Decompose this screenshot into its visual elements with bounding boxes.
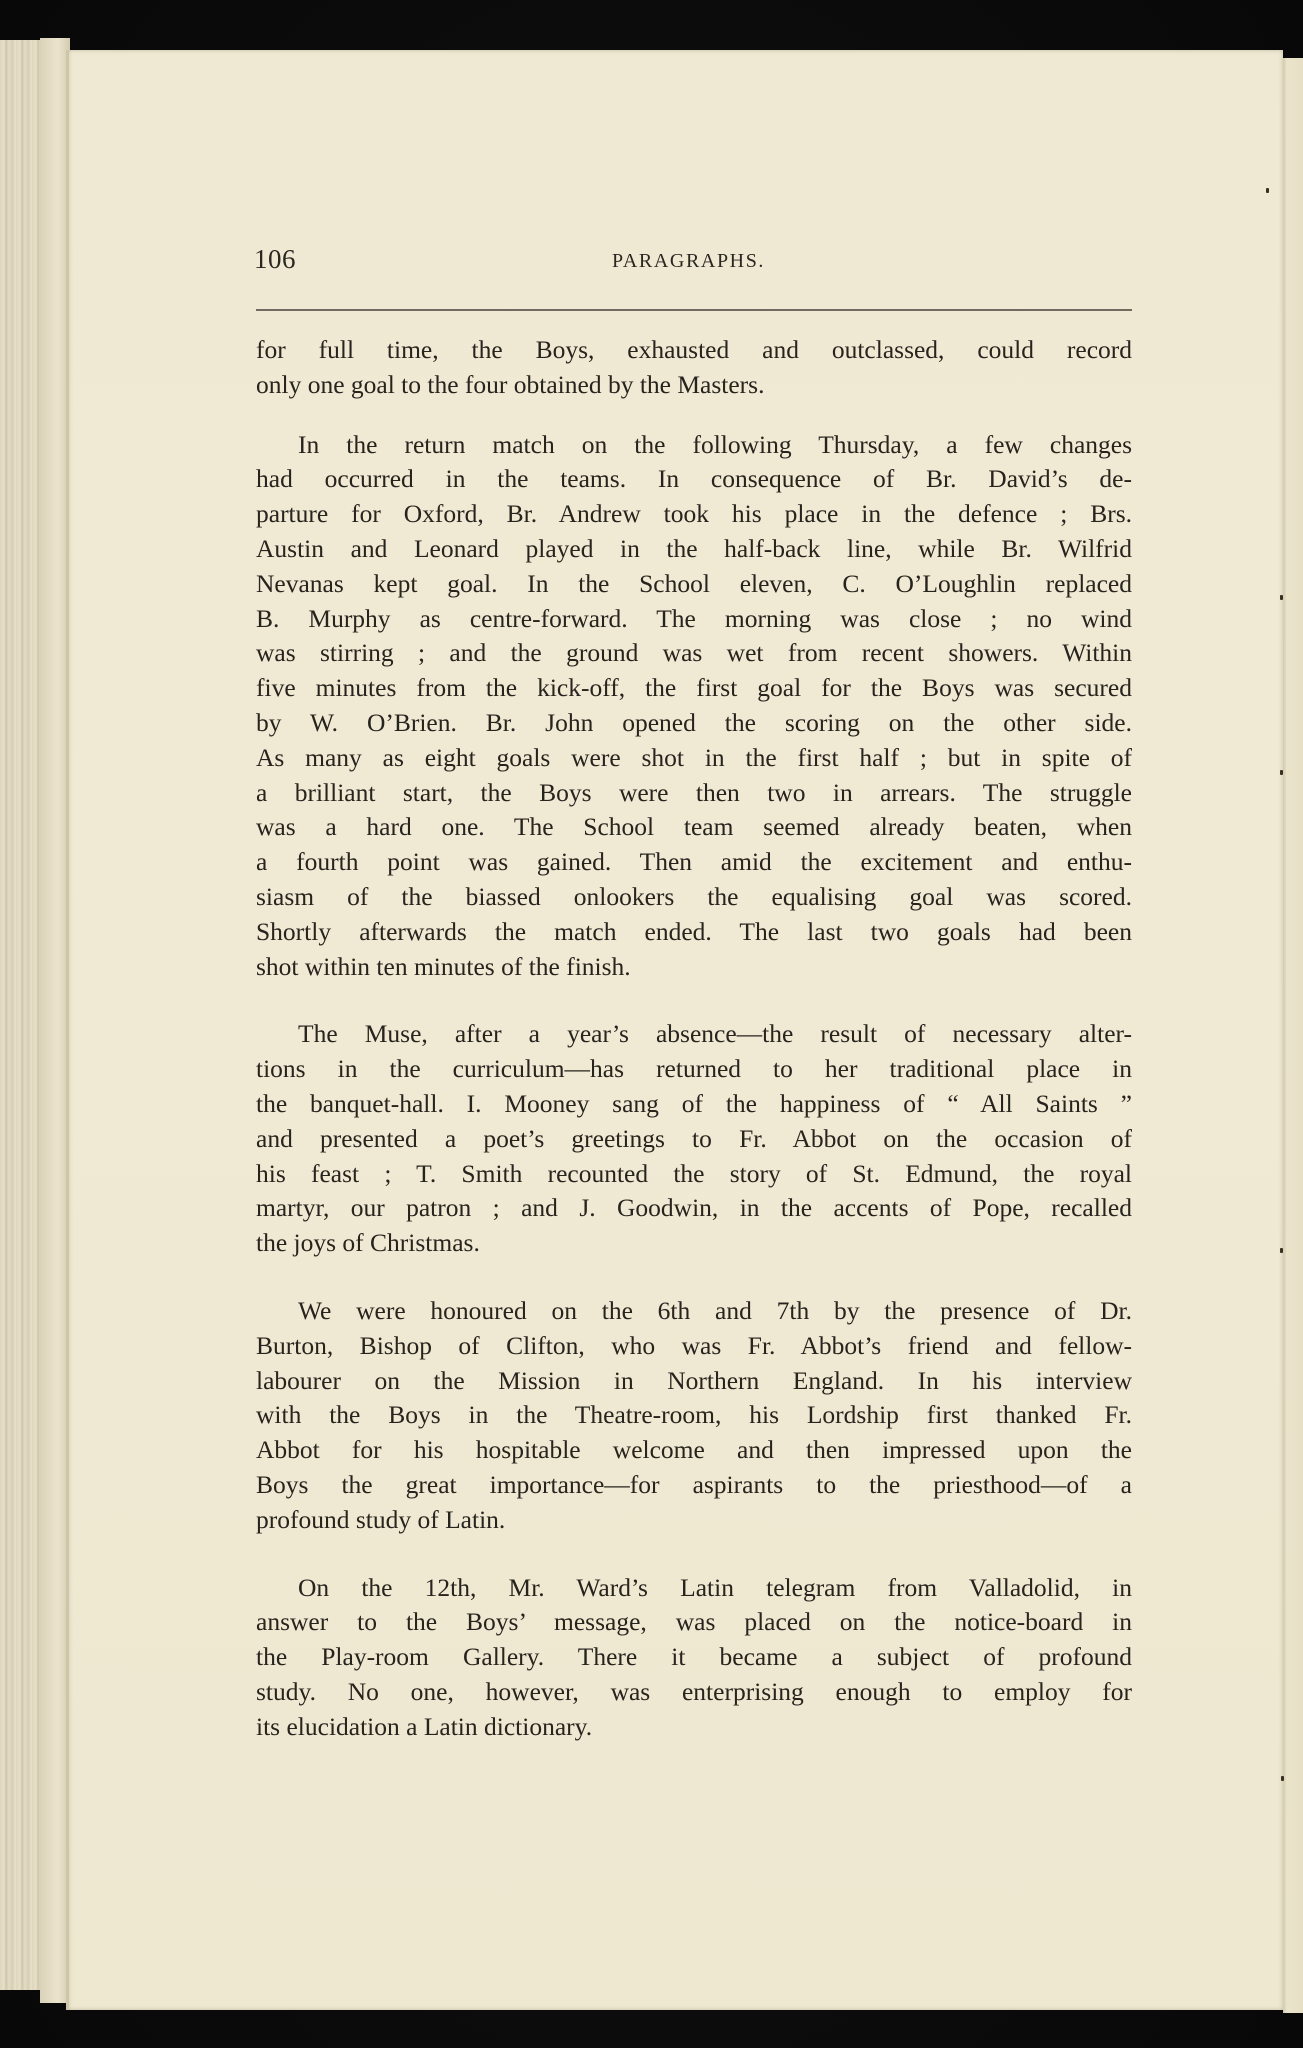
text-line: the joys of Christmas. bbox=[256, 1226, 1132, 1261]
text-line: B. Murphy as centre-forward. The morning… bbox=[256, 602, 1132, 637]
text-line: answer to the Boys’ message, was placed … bbox=[256, 1605, 1132, 1640]
text-line: parture for Oxford, Br. Andrew took his … bbox=[256, 497, 1132, 532]
text-line: Austin and Leonard played in the half-ba… bbox=[256, 532, 1132, 567]
body-text: for full time, the Boys, exhausted and o… bbox=[256, 333, 1132, 1744]
page-gutter-edge bbox=[66, 50, 69, 2010]
running-head: 106 PARAGRAPHS. bbox=[252, 240, 1132, 280]
text-line: Abbot for his hospitable welcome and the… bbox=[256, 1433, 1132, 1468]
text-line: and presented a poet’s greetings to Fr. … bbox=[256, 1122, 1132, 1157]
text-line: his feast ; T. Smith recounted the story… bbox=[256, 1157, 1132, 1192]
text-line: only one goal to the four obtained by th… bbox=[256, 368, 1132, 403]
page-number: 106 bbox=[254, 244, 296, 275]
paragraph-continued: for full time, the Boys, exhausted and o… bbox=[256, 333, 1132, 403]
text-line: Shortly afterwards the match ended. The … bbox=[256, 915, 1132, 950]
text-line: Burton, Bishop of Clifton, who was Fr. A… bbox=[256, 1329, 1132, 1364]
running-head-title: PARAGRAPHS. bbox=[612, 250, 765, 273]
text-line: the Play-room Gallery. There it became a… bbox=[256, 1640, 1132, 1675]
text-line: The Muse, after a year’s absence—the res… bbox=[256, 1017, 1132, 1052]
next-leaf-edge bbox=[1283, 58, 1303, 2013]
text-line: tions in the curriculum—has returned to … bbox=[256, 1052, 1132, 1087]
text-line: study. No one, however, was enterprising… bbox=[256, 1675, 1132, 1710]
text-line: the banquet-hall. I. Mooney sang of the … bbox=[256, 1087, 1132, 1122]
speck bbox=[1281, 1776, 1284, 1781]
text-line: a fourth point was gained. Then amid the… bbox=[256, 845, 1132, 880]
speck bbox=[1280, 1248, 1283, 1253]
speck bbox=[1280, 770, 1283, 775]
text-line: with the Boys in the Theatre-room, his L… bbox=[256, 1398, 1132, 1433]
paragraph-bishop-visit: We were honoured on the 6th and 7th by t… bbox=[256, 1294, 1132, 1538]
text-line: shot within ten minutes of the finish. bbox=[256, 950, 1132, 985]
text-line: On the 12th, Mr. Ward’s Latin telegram f… bbox=[256, 1571, 1132, 1606]
text-line: was a hard one. The School team seemed a… bbox=[256, 810, 1132, 845]
text-line: was stirring ; and the ground was wet fr… bbox=[256, 636, 1132, 671]
text-line: martyr, our patron ; and J. Goodwin, in … bbox=[256, 1191, 1132, 1226]
paragraph-muse: The Muse, after a year’s absence—the res… bbox=[256, 1017, 1132, 1261]
text-line: five minutes from the kick-off, the firs… bbox=[256, 671, 1132, 706]
text-line: had occurred in the teams. In consequenc… bbox=[256, 462, 1132, 497]
text-line: for full time, the Boys, exhausted and o… bbox=[256, 333, 1132, 368]
header-rule bbox=[256, 309, 1132, 311]
text-line: Nevanas kept goal. In the School eleven,… bbox=[256, 567, 1132, 602]
text-line: a brilliant start, the Boys were then tw… bbox=[256, 776, 1132, 811]
text-line: its elucidation a Latin dictionary. bbox=[256, 1710, 1132, 1745]
speck bbox=[1266, 188, 1269, 193]
text-line: by W. O’Brien. Br. John opened the scori… bbox=[256, 706, 1132, 741]
paragraph-return-match: In the return match on the following Thu… bbox=[256, 428, 1132, 985]
text-line: As many as eight goals were shot in the … bbox=[256, 741, 1132, 776]
text-line: labourer on the Mission in Northern Engl… bbox=[256, 1364, 1132, 1399]
text-line: In the return match on the following Thu… bbox=[256, 428, 1132, 463]
speck bbox=[1280, 595, 1283, 600]
text-line: Boys the great importance—for aspirants … bbox=[256, 1468, 1132, 1503]
text-line: profound study of Latin. bbox=[256, 1503, 1132, 1538]
text-line: We were honoured on the 6th and 7th by t… bbox=[256, 1294, 1132, 1329]
text-line: siasm of the biassed onlookers the equal… bbox=[256, 880, 1132, 915]
paragraph-telegram: On the 12th, Mr. Ward’s Latin telegram f… bbox=[256, 1571, 1132, 1745]
